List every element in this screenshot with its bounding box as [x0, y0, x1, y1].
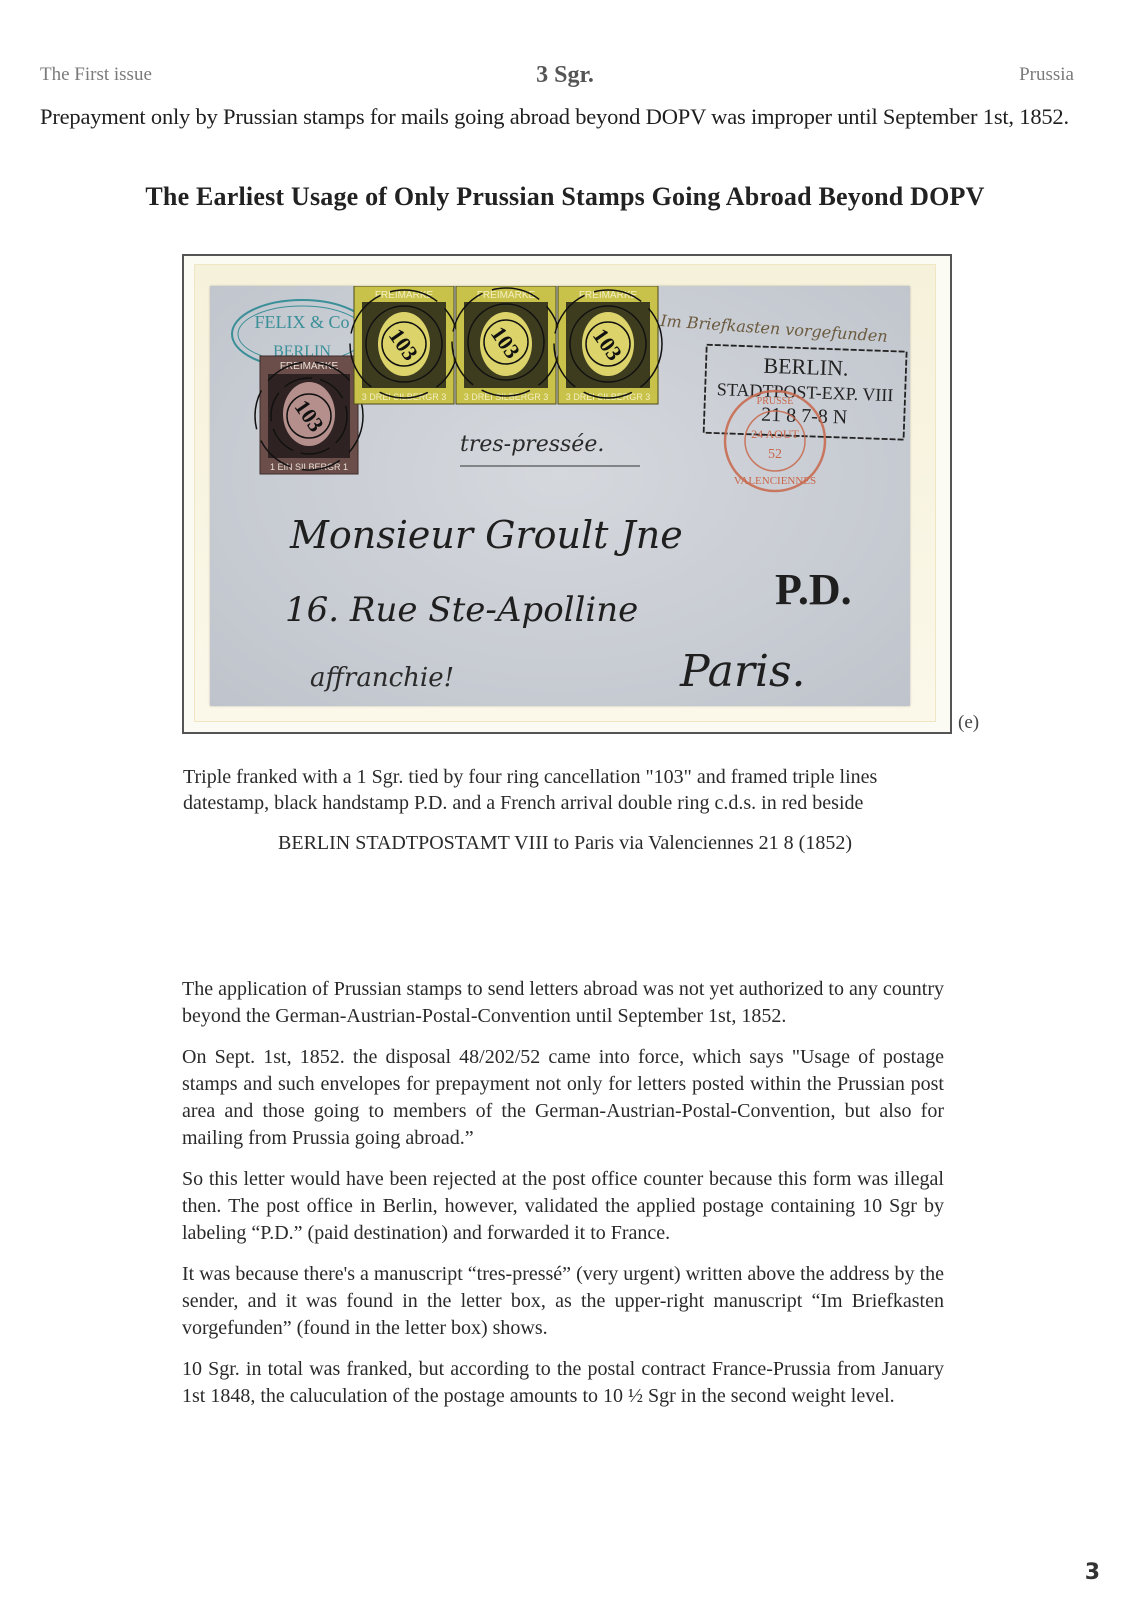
svg-text:3 DREI SILBERGR 3: 3 DREI SILBERGR 3 [566, 392, 651, 402]
svg-text:21 8 7-8 N: 21 8 7-8 N [761, 404, 848, 429]
svg-text:BERLIN.: BERLIN. [763, 353, 849, 381]
stamp-3sgr-1: FREIMARKE 3 DREI SILBERGR 3 103 [350, 286, 458, 404]
address-line-1: Monsieur Groult Jne [289, 513, 683, 557]
stamp-3sgr-3: FREIMARKE 3 DREI SILBERGR 3 103 [554, 286, 662, 404]
stamp-1sgr: FREIMARKE 1 EIN SILBERGR 1 103 [255, 356, 363, 474]
svg-text:3 DREI SILBERGR 3: 3 DREI SILBERGR 3 [362, 392, 447, 402]
page-number: 3 [1085, 1560, 1100, 1585]
header-country: Prussia [1019, 64, 1074, 86]
header-stamp-value: 3 Sgr. [0, 62, 1130, 89]
paragraph: 10 Sgr. in total was franked, but accord… [182, 1356, 944, 1410]
red-arrival-cds: PRUSSE 24 AOUT 52 VALENCIENNES [725, 391, 825, 491]
page-title: The Earliest Usage of Only Prussian Stam… [0, 182, 1130, 212]
exhibit-label: (e) [958, 712, 979, 734]
svg-text:FELIX & Co: FELIX & Co [254, 312, 349, 332]
svg-text:FREIMARKE: FREIMARKE [579, 290, 638, 301]
cover-caption: Triple franked with a 1 Sgr. tied by fou… [183, 764, 943, 816]
address-line-3: Paris. [679, 646, 806, 697]
stamp-strip-3sgr: FREIMARKE 3 DREI SILBERGR 3 103 FREIMARK… [350, 286, 662, 404]
svg-text:3 DREI SILBERGR 3: 3 DREI SILBERGR 3 [464, 392, 549, 402]
exhibit-frame: FELIX & Co BERLIN FREIMARKE 1 EIN SILBER… [182, 254, 952, 734]
svg-text:24 AOUT: 24 AOUT [751, 427, 799, 441]
cover-illustration: FELIX & Co BERLIN FREIMARKE 1 EIN SILBER… [210, 286, 910, 706]
paragraph: The application of Prussian stamps to se… [182, 976, 944, 1030]
svg-text:PRUSSE: PRUSSE [757, 396, 794, 407]
manuscript-letterbox-note: Im Briefkasten vorgefunden [659, 311, 889, 346]
stamp-3sgr-2: FREIMARKE 3 DREI SILBERGR 3 103 [452, 286, 560, 404]
svg-text:FREIMARKE: FREIMARKE [375, 290, 434, 301]
cover-envelope: FELIX & Co BERLIN FREIMARKE 1 EIN SILBER… [210, 286, 910, 706]
manuscript-affranchie: affranchie! [310, 663, 454, 693]
paragraph: So this letter would have been rejected … [182, 1166, 944, 1247]
description-text: The application of Prussian stamps to se… [182, 976, 944, 1424]
paragraph: On Sept. 1st, 1852. the disposal 48/202/… [182, 1044, 944, 1152]
svg-text:52: 52 [768, 447, 782, 462]
pd-handstamp: P.D. [775, 565, 852, 614]
paragraph: It was because there's a manuscript “tre… [182, 1261, 944, 1342]
address-line-2: 16. Rue Ste-Apolline [285, 590, 638, 630]
page-subheading: Prepayment only by Prussian stamps for m… [40, 104, 1069, 130]
svg-text:VALENCIENNES: VALENCIENNES [734, 475, 816, 487]
cover-route: BERLIN STADTPOSTAMT VIII to Paris via Va… [0, 832, 1130, 855]
berlin-framed-datestamp: BERLIN. STADTPOST-EXP. VIII 21 8 7-8 N [704, 345, 907, 440]
manuscript-tres-presse: tres-pressée. [460, 432, 604, 457]
